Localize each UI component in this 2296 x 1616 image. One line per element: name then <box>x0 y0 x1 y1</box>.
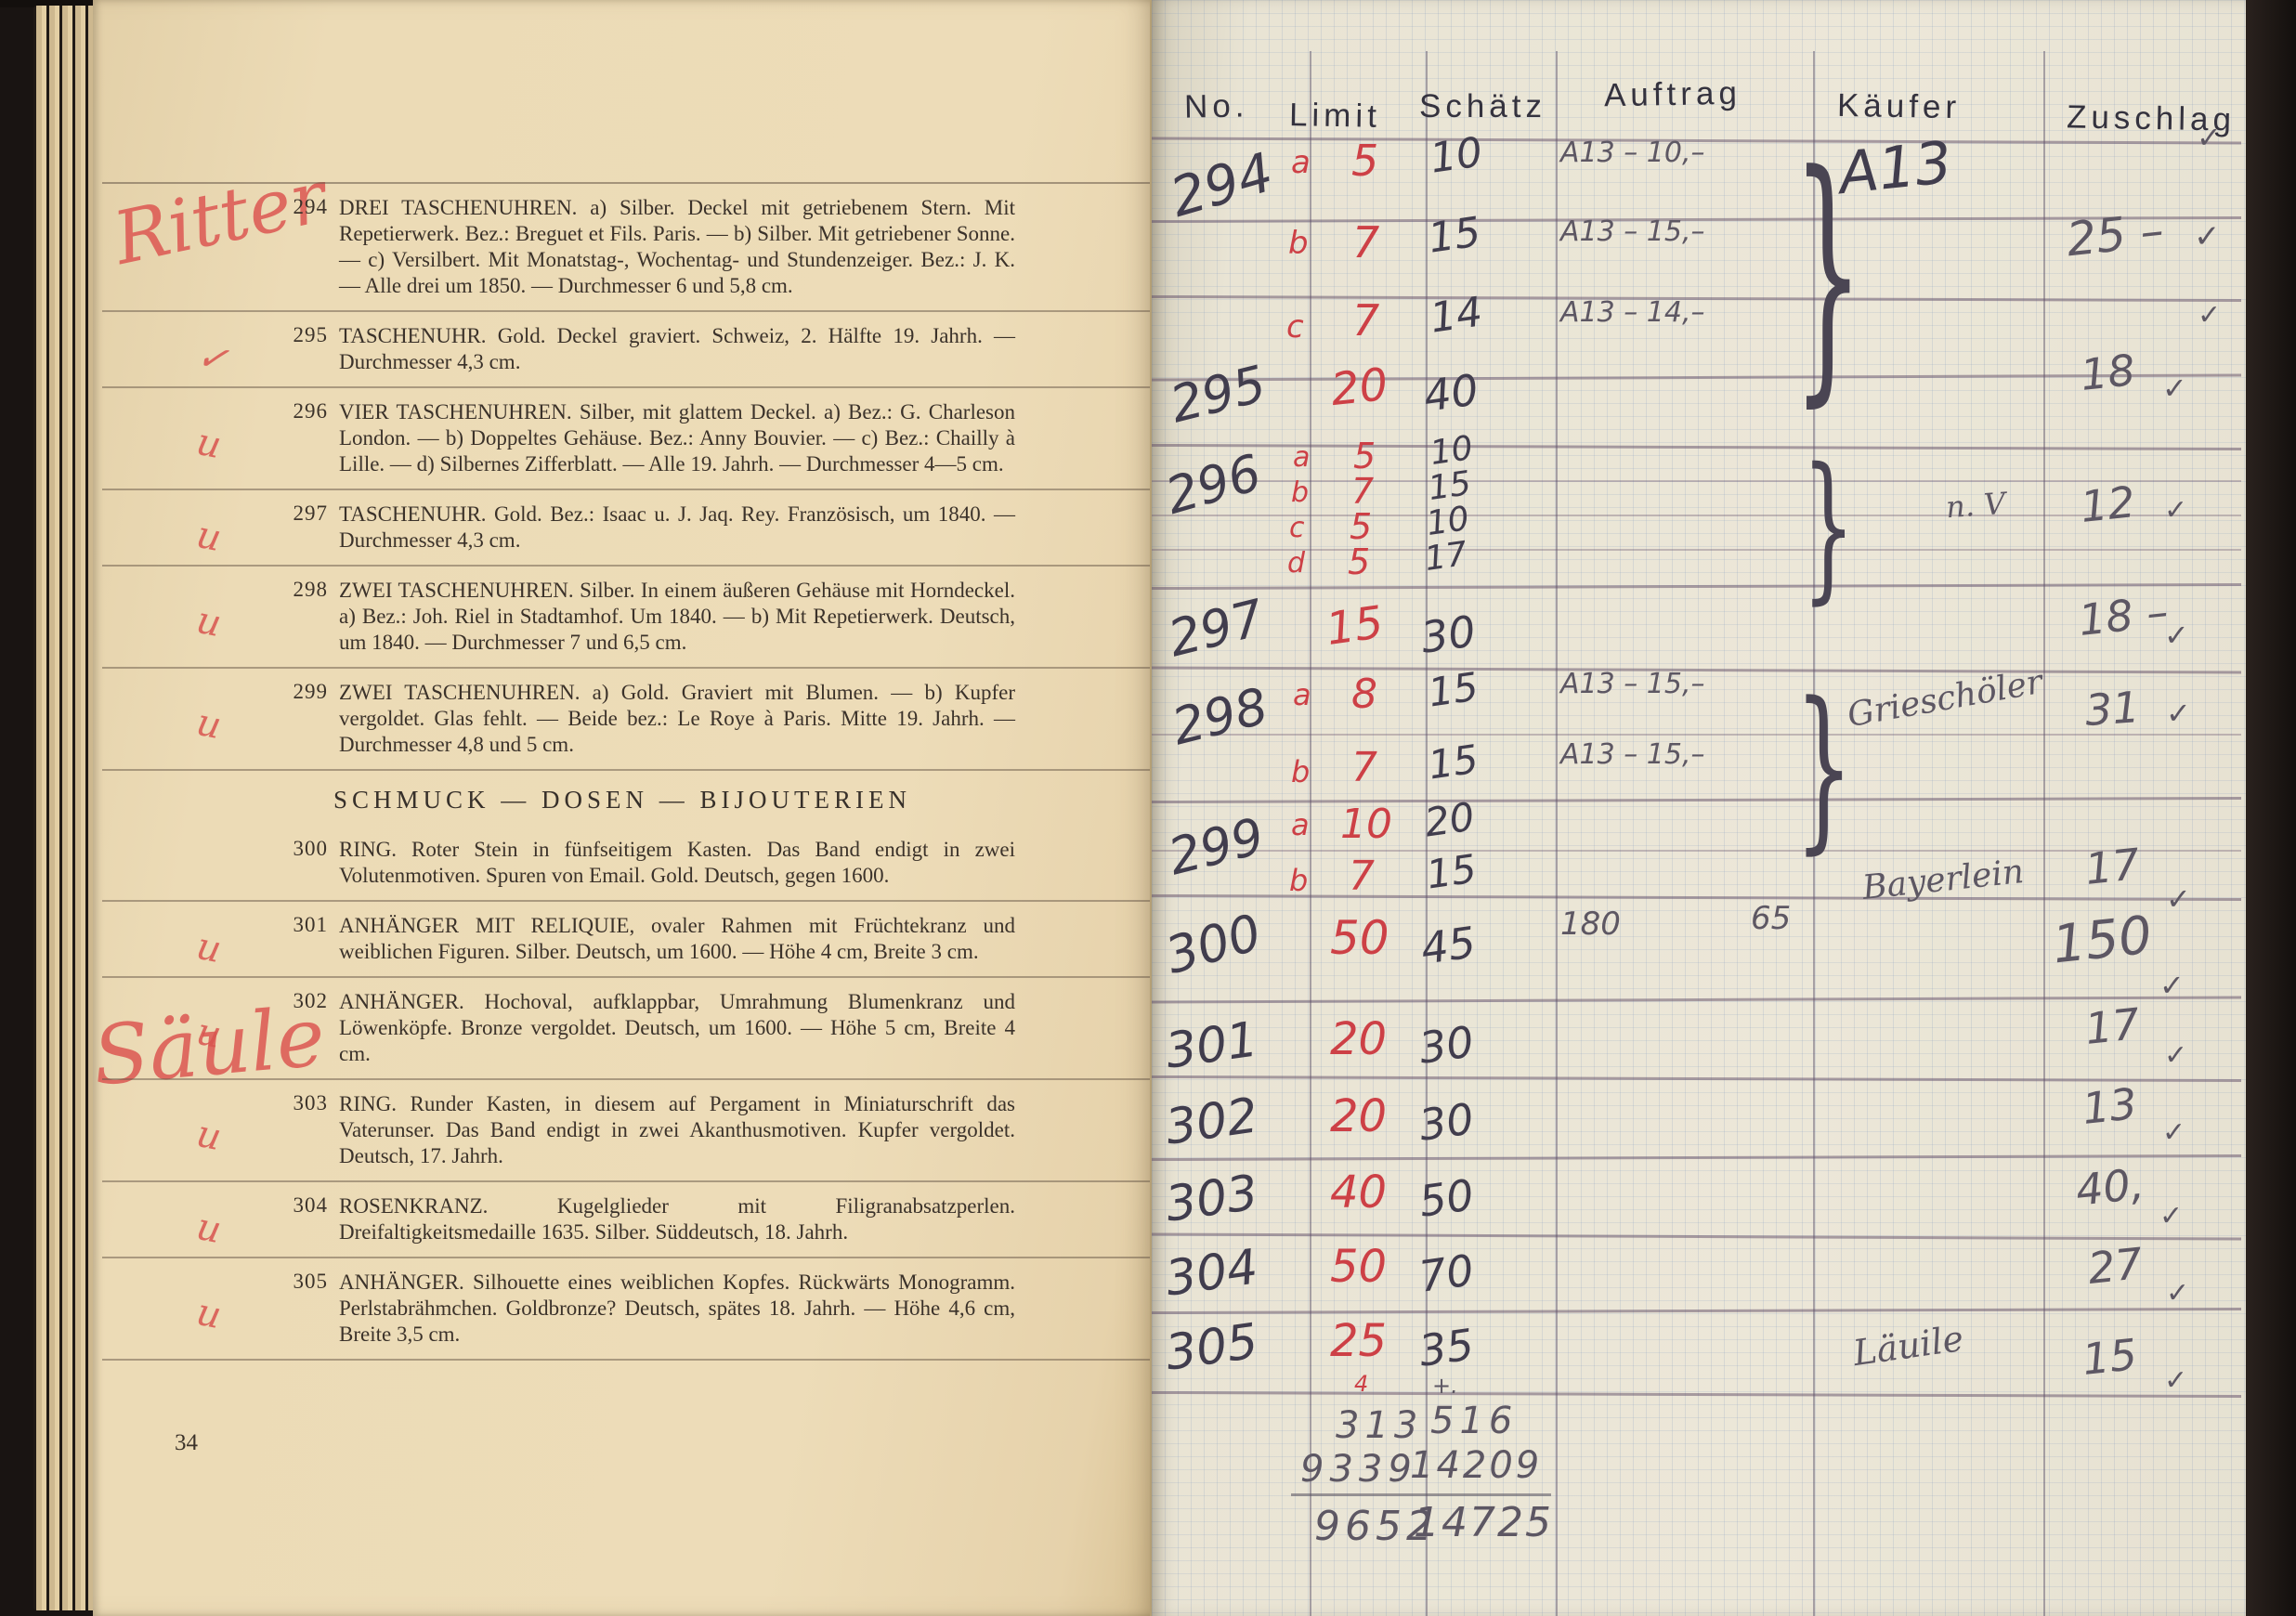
check-mark: ✓ <box>2162 1119 2185 1147</box>
limit-value: 15 <box>1324 600 1386 652</box>
auftrag-value: A13 – 15,– <box>1560 218 1704 246</box>
book-scan: Ritter Säule 294 DREI TASCHENUHREN. a) S… <box>0 0 2296 1616</box>
sub-letter: b <box>1291 757 1310 787</box>
schaetz-value: 40 <box>1421 368 1481 418</box>
kaeufer-value: n. V <box>1945 489 2006 522</box>
entry-text: DREI TASCHENUHREN. a) Silber. Deckel mit… <box>339 195 1015 299</box>
zuschlag-value: 27 <box>2086 1242 2145 1290</box>
column-header-no: No. <box>1184 87 1249 125</box>
limit-carryover: 9339 <box>1300 1451 1417 1488</box>
check-mark: ✓ <box>2162 373 2187 403</box>
schaetz-value: 45 <box>1418 920 1478 971</box>
sum-line <box>1291 1493 1551 1496</box>
auftrag-value: 65 <box>1751 903 1791 934</box>
catalog-entry-302: u 302 ANHÄNGER. Hochoval, aufklappbar, U… <box>102 978 1156 1080</box>
catalog-entry-297: u 297 TASCHENUHR. Gold. Bez.: Isaac u. J… <box>102 490 1156 567</box>
check-mark: ✓ <box>2198 302 2221 330</box>
sub-letter: a <box>1291 810 1310 840</box>
red-check-mark: u <box>192 1291 225 1337</box>
entry-number: 295 <box>255 323 328 347</box>
sub-letter: c <box>1286 311 1304 343</box>
page-stack-edges <box>33 6 98 1610</box>
entry-number: 304 <box>255 1193 328 1218</box>
limit-value: 5 <box>1353 438 1376 474</box>
red-check-mark: u <box>192 925 225 971</box>
lot-number: 303 <box>1163 1168 1261 1229</box>
limit-value: 25 <box>1330 1319 1387 1363</box>
lot-number: 300 <box>1161 907 1267 982</box>
entry-text: ANHÄNGER. Hochoval, aufklappbar, Umrahmu… <box>339 989 1015 1067</box>
entry-text: ZWEI TASCHENUHREN. Silber. In einem äuße… <box>339 578 1015 656</box>
entry-number: 298 <box>255 578 328 602</box>
limit-value: 20 <box>1330 1094 1387 1139</box>
grouping-brace: } <box>1794 664 1854 870</box>
sub-letter: b <box>1291 479 1309 507</box>
entry-text: ANHÄNGER MIT RELIQUIE, ovaler Rahmen mit… <box>339 913 1015 965</box>
red-check-mark: u <box>192 701 225 748</box>
entry-text: TASCHENUHR. Gold. Deckel graviert. Schwe… <box>339 323 1015 375</box>
ledger-page: No. Limit Schätz Auftrag Käufer Zuschlag… <box>1152 0 2252 1616</box>
entry-text: VIER TASCHENUHREN. Silber, mit glattem D… <box>339 399 1015 477</box>
kaeufer-value: A13 <box>1836 134 1954 202</box>
zuschlag-value: 13 <box>2081 1082 2139 1130</box>
entry-number: 296 <box>255 399 328 424</box>
limit-value: 5 <box>1351 139 1378 182</box>
entry-number: 302 <box>255 989 328 1013</box>
limit-value: 5 <box>1350 509 1372 544</box>
lot-number: 297 <box>1164 593 1269 664</box>
row-line <box>1152 1391 2241 1398</box>
red-check-mark: u <box>192 1113 225 1159</box>
entry-number: 297 <box>255 502 328 526</box>
column-line <box>1556 51 1558 1616</box>
schaetz-value: 10 <box>1428 132 1485 179</box>
entry-text: ZWEI TASCHENUHREN. a) Gold. Graviert mit… <box>339 680 1015 758</box>
entry-number: 303 <box>255 1091 328 1115</box>
auftrag-value: 180 <box>1560 908 1621 940</box>
kaeufer-value: Grieschöler <box>1845 666 2044 733</box>
zuschlag-value: 40, <box>2074 1162 2146 1211</box>
sub-letter: b <box>1289 866 1308 895</box>
catalog-entry-300: 300 RING. Roter Stein in fünfseitigem Ka… <box>102 826 1156 902</box>
auftrag-value: A13 – 15,– <box>1560 741 1704 769</box>
sub-letter: a <box>1293 444 1310 472</box>
red-check-mark: u <box>192 1205 225 1252</box>
row-line <box>1152 549 2241 551</box>
check-mark: ✓ <box>2164 1042 2187 1070</box>
entry-number: 301 <box>255 913 328 937</box>
red-check-mark: u <box>192 599 225 645</box>
section-heading: SCHMUCK — DOSEN — BIJOUTERIEN <box>102 771 1156 826</box>
row-line <box>1152 797 2241 803</box>
column-line <box>1310 51 1311 1616</box>
row-line <box>1152 515 2241 516</box>
zuschlag-value: 12 <box>2079 480 2137 528</box>
schaetz-value: 50 <box>1416 1173 1476 1223</box>
schaetz-total: 14725 <box>1414 1503 1553 1544</box>
check-mark: ✓ <box>2164 497 2187 525</box>
check-mark: ✓ <box>2159 1203 2183 1231</box>
row-line <box>1152 734 2241 736</box>
catalog-entry-305: u 305 ANHÄNGER. Silhouette eines weiblic… <box>102 1258 1156 1361</box>
zuschlag-value: 17 <box>2083 842 2142 891</box>
limit-value: 7 <box>1351 474 1374 509</box>
row-line <box>1152 444 2241 450</box>
schaetz-value: 30 <box>1416 1020 1476 1070</box>
schaetz-value: 70 <box>1416 1248 1476 1298</box>
schaetz-note: +. <box>1432 1375 1458 1397</box>
limit-value: 10 <box>1340 804 1392 845</box>
entry-text: ROSENKRANZ. Kugelglieder mit Filigranabs… <box>339 1193 1015 1245</box>
row-line <box>1152 1154 2241 1161</box>
entry-text: TASCHENUHR. Gold. Bez.: Isaac u. J. Jaq.… <box>339 502 1015 554</box>
row-line <box>1152 1075 2241 1082</box>
zuschlag-value: 18 – <box>2077 590 2170 642</box>
row-line <box>1152 894 2241 901</box>
row-line <box>1152 373 2241 381</box>
lot-number: 301 <box>1163 1015 1261 1075</box>
lot-number: 298 <box>1168 681 1272 752</box>
limit-value: 40 <box>1330 1170 1387 1215</box>
schaetz-value: 15 <box>1424 849 1479 894</box>
check-mark: ✓ <box>2197 123 2222 152</box>
red-check-mark: u <box>192 514 225 560</box>
zuschlag-value: 25 – <box>2065 207 2166 264</box>
kaeufer-value: Läuile <box>1851 1321 1965 1371</box>
red-check-mark: ✓ <box>193 334 232 383</box>
row-line <box>1152 1308 2241 1314</box>
lot-number: 305 <box>1163 1317 1261 1377</box>
limit-value: 20 <box>1330 1017 1387 1062</box>
schaetz-subtotal: 516 <box>1430 1402 1518 1440</box>
limit-value: 50 <box>1330 915 1389 961</box>
auftrag-value: A13 – 14,– <box>1560 299 1704 327</box>
row-line <box>1152 996 2241 1003</box>
grouping-brace: } <box>1802 435 1855 620</box>
row-line <box>1152 1232 2241 1240</box>
entry-number: 299 <box>255 680 328 704</box>
limit-note: 4 <box>1354 1373 1368 1395</box>
schaetz-carryover: 14209 <box>1410 1447 1542 1484</box>
schaetz-value: 30 <box>1416 1097 1476 1147</box>
schaetz-value: 30 <box>1418 609 1478 659</box>
entry-text: RING. Runder Kasten, in diesem auf Perga… <box>339 1091 1015 1169</box>
sub-letter: a <box>1291 147 1311 178</box>
sub-letter: a <box>1293 680 1311 710</box>
column-line <box>2043 51 2045 1616</box>
check-mark: ✓ <box>2159 971 2185 1000</box>
sub-letter: b <box>1288 228 1309 259</box>
zuschlag-value: 31 <box>2083 685 2141 732</box>
limit-subtotal: 313 <box>1336 1407 1423 1444</box>
catalog-entry-303: u 303 RING. Runder Kasten, in diesem auf… <box>102 1080 1156 1182</box>
catalog-entry-295: ✓ 295 TASCHENUHR. Gold. Deckel graviert.… <box>102 312 1156 388</box>
row-line <box>1152 583 2241 590</box>
schaetz-value: 15 <box>1426 739 1481 785</box>
entry-number: 300 <box>255 837 328 861</box>
column-header-schaetz: Schätz <box>1419 88 1546 125</box>
catalog-entry-301: u 301 ANHÄNGER MIT RELIQUIE, ovaler Rahm… <box>102 902 1156 978</box>
check-mark: ✓ <box>2166 1280 2189 1308</box>
schaetz-value: 20 <box>1422 797 1477 842</box>
catalog-entries: 294 DREI TASCHENUHREN. a) Silber. Deckel… <box>102 182 1156 1361</box>
limit-value: 7 <box>1351 748 1377 788</box>
sub-letter: d <box>1287 550 1305 578</box>
lot-number: 296 <box>1161 448 1267 522</box>
limit-value: 7 <box>1349 856 1375 897</box>
entry-number: 294 <box>255 195 328 219</box>
limit-value: 7 <box>1352 299 1379 342</box>
check-mark: ✓ <box>2166 884 2191 914</box>
entry-number: 305 <box>255 1270 328 1294</box>
red-check-mark: u <box>192 421 225 467</box>
zuschlag-value: 18 <box>2079 348 2137 397</box>
lot-number: 295 <box>1166 358 1271 430</box>
book-cover-edge <box>2246 0 2296 1616</box>
schaetz-value: 17 <box>1423 538 1469 577</box>
column-header-limit: Limit <box>1289 97 1382 136</box>
catalog-entry-296: u 296 VIER TASCHENUHREN. Silber, mit gla… <box>102 388 1156 490</box>
schaetz-value: 14 <box>1428 292 1485 339</box>
auftrag-value: A13 – 15,– <box>1560 671 1704 698</box>
catalog-entry-298: u 298 ZWEI TASCHENUHREN. Silber. In eine… <box>102 567 1156 669</box>
red-check-mark: u <box>192 1010 225 1057</box>
catalog-entry-299: u 299 ZWEI TASCHENUHREN. a) Gold. Gravie… <box>102 669 1156 771</box>
sub-letter: c <box>1289 515 1305 542</box>
zuschlag-value: 17 <box>2083 1002 2142 1050</box>
entry-text: ANHÄNGER. Silhouette eines weiblichen Ko… <box>339 1270 1015 1348</box>
check-mark: ✓ <box>2164 1367 2187 1395</box>
page-number: 34 <box>175 1430 198 1456</box>
limit-value: 5 <box>1348 544 1370 580</box>
limit-value: 7 <box>1352 221 1379 264</box>
catalog-entry-294: 294 DREI TASCHENUHREN. a) Silber. Deckel… <box>102 184 1156 312</box>
schaetz-value: 15 <box>1426 212 1483 259</box>
catalog-entry-304: u 304 ROSENKRANZ. Kugelglieder mit Filig… <box>102 1182 1156 1258</box>
catalog-page: Ritter Säule 294 DREI TASCHENUHREN. a) S… <box>93 0 1161 1616</box>
limit-value: 50 <box>1330 1245 1387 1289</box>
schaetz-value: 15 <box>1426 667 1481 712</box>
lot-number: 294 <box>1165 145 1278 225</box>
zuschlag-value: 150 <box>2050 910 2154 972</box>
row-line <box>1152 850 2241 852</box>
auftrag-value: A13 – 10,– <box>1560 139 1704 167</box>
entry-text: RING. Roter Stein in fünfseitigem Kasten… <box>339 837 1015 889</box>
lot-number: 299 <box>1164 811 1269 882</box>
schaetz-value: 35 <box>1416 1323 1476 1373</box>
zuschlag-value: 15 <box>2081 1333 2139 1381</box>
check-mark: ✓ <box>2166 698 2191 728</box>
column-header-auftrag: Auftrag <box>1604 75 1742 115</box>
limit-value: 20 <box>1329 362 1390 412</box>
lot-number: 304 <box>1163 1243 1261 1303</box>
check-mark: ✓ <box>2164 620 2189 650</box>
check-mark: ✓ <box>2194 221 2221 253</box>
limit-value: 8 <box>1351 674 1377 715</box>
lot-number: 302 <box>1163 1091 1261 1152</box>
